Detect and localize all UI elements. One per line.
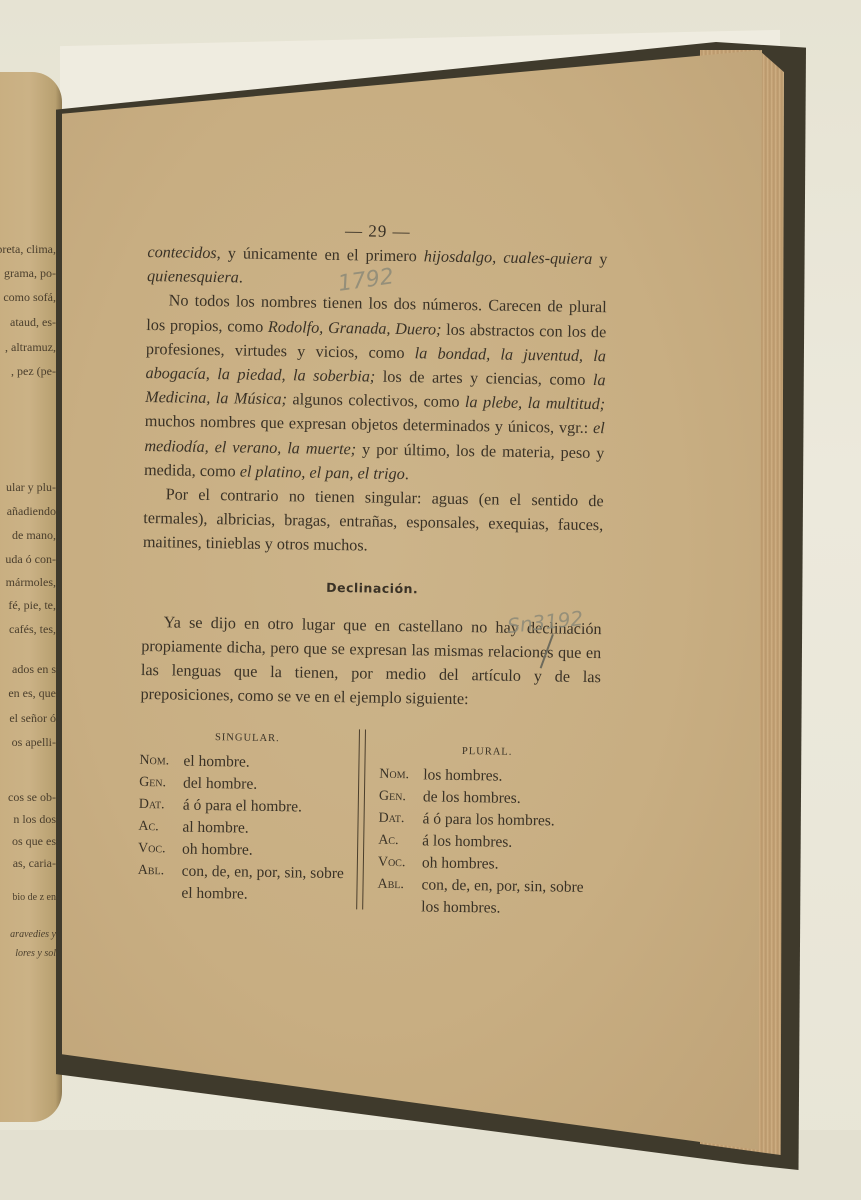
left-page-fragment: os apelli-	[12, 735, 56, 750]
left-page-fragment: cos se ob-	[8, 790, 56, 805]
left-page-fragment: el señor ó	[9, 711, 56, 726]
case-label: Nom.	[379, 764, 423, 787]
text-segment: quienesquiera	[147, 267, 239, 286]
text-segment: , y únicamente en el primero	[217, 244, 424, 265]
left-page-fragment: ular y plu-	[6, 480, 56, 495]
left-page-fragment: mármoles,	[6, 575, 56, 590]
case-label: Ac.	[138, 816, 182, 839]
case-form: con, de, en, por, sin, sobre el hombre.	[181, 861, 353, 908]
case-label: Voc.	[138, 838, 182, 861]
left-page: preta, clima, grama, po- , como sofá, at…	[0, 72, 62, 1122]
case-form: oh hombres.	[422, 853, 593, 878]
left-page-fragment: añadiendo	[7, 504, 56, 519]
left-page-fragment: aravedies y	[10, 929, 56, 940]
case-label: Gen.	[139, 772, 183, 795]
left-page-fragment: preta, clima,	[0, 242, 56, 257]
left-page-fragment: as, caria-	[13, 856, 56, 871]
text-segment: .	[405, 465, 409, 483]
case-form: de los hombres.	[423, 787, 594, 812]
text-segment: ,	[492, 248, 503, 266]
text-segment: y	[592, 250, 607, 268]
left-page-fragment: lores y sol	[15, 948, 56, 959]
case-form: los hombres.	[423, 765, 594, 790]
text-segment: los de artes y ciencias, como	[375, 368, 593, 389]
left-page-fragment: en es, que	[8, 686, 56, 701]
case-form: del hombre.	[183, 773, 354, 798]
text-segment: .	[239, 269, 243, 287]
case-label: Abl.	[377, 874, 422, 919]
case-label: Gen.	[379, 786, 423, 809]
left-page-fragment: cafés, tes,	[9, 622, 56, 637]
case-form: á ó para los hombres.	[422, 809, 593, 834]
case-label: Voc.	[378, 852, 422, 875]
left-page-fragment: fé, pie, te,	[8, 598, 56, 613]
paragraph-2: No todos los nombres tienen los dos núme…	[144, 288, 607, 489]
text-segment: cuales-quiera	[503, 249, 592, 268]
case-form: á ó para el hombre.	[183, 795, 354, 820]
text-segment: contecidos	[147, 243, 217, 262]
plural-column: PLURAL. Nom.los hombres. Gen.de los homb…	[363, 740, 595, 922]
left-page-fragment: uda ó con-	[5, 552, 56, 567]
left-page-fragment: ataud, es-	[10, 315, 56, 330]
left-page-fragment: de mano,	[12, 528, 56, 543]
text-segment: algunos colectivos, como	[287, 390, 465, 411]
left-page-fragment: ados en s	[12, 662, 56, 677]
column-title: SINGULAR.	[140, 726, 355, 751]
case-row: Abl.con, de, en, por, sin, sobre el homb…	[137, 860, 353, 907]
column-title: PLURAL.	[379, 740, 594, 765]
text-segment: hijosdalgo	[424, 247, 493, 266]
case-form: á los hombres.	[422, 831, 593, 856]
case-label: Dat.	[139, 794, 183, 817]
case-form: el hombre.	[183, 751, 354, 776]
case-form: oh hombre.	[182, 839, 353, 864]
left-page-fragment: os que es	[12, 834, 56, 849]
case-label: Dat.	[378, 808, 422, 831]
left-page-fragment: n los dos	[13, 812, 56, 827]
declension-table: SINGULAR. Nom.el hombre. Gen.del hombre.…	[137, 726, 600, 921]
section-heading: Declinación.	[142, 577, 602, 599]
left-page-fragment: , como sofá,	[0, 290, 56, 305]
text-segment: Rodolfo, Granada, Duero;	[268, 318, 442, 339]
left-page-fragment: grama, po-	[4, 266, 56, 281]
singular-column: SINGULAR. Nom.el hombre. Gen.del hombre.…	[137, 726, 355, 917]
text-segment: la plebe, la multitud;	[465, 393, 605, 413]
case-form: con, de, en, por, sin, sobre los hombres…	[421, 875, 593, 922]
text-segment: muchos nombres que expresan objetos dete…	[145, 412, 594, 437]
left-page-fragment: bio de z en	[12, 892, 56, 903]
paragraph-3: Por el contrario no tienen singular: agu…	[143, 482, 604, 562]
case-label: Nom.	[139, 750, 183, 773]
left-page-fragment: , altramuz,	[5, 340, 56, 355]
left-page-fragment: , pez (pe-	[11, 364, 56, 379]
case-label: Ac.	[378, 830, 422, 853]
case-form: al hombre.	[182, 817, 353, 842]
text-segment: el platino, el pan, el trigo	[240, 462, 405, 483]
case-label: Abl.	[137, 860, 182, 905]
page-text: — 29 — contecidos, y únicamente en el pr…	[137, 218, 608, 922]
text-segment: Por el contrario no tienen singular: agu…	[143, 485, 604, 555]
case-row: Abl.con, de, en, por, sin, sobre los hom…	[377, 874, 593, 921]
